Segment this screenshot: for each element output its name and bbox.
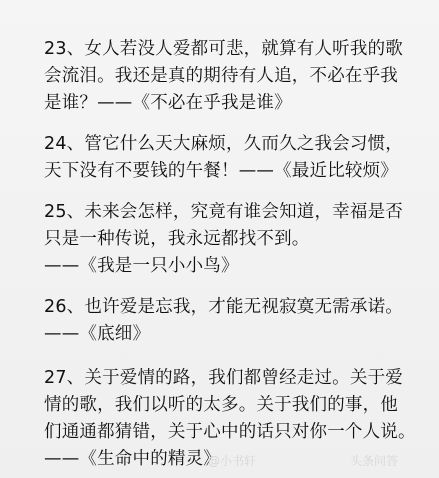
text-line: 26、也许爱是忘我，才能无视寂寞无需承诺。 [44, 294, 404, 321]
document-page: 23、女人若没人爱都可悲，就算有人听我的歌 会流泪。我还是真的期待有人追，不必在… [0, 0, 439, 478]
weibo-watermark: @小书轩 [208, 452, 256, 469]
text-line: 会流泪。我还是真的期待有人追，不必在乎我 [44, 63, 404, 90]
text-line: 们通通都猜错，关于心中的话只对你一个人说。 [44, 419, 404, 446]
text-line: 天下没有不要钱的午餐！——《最近比较烦》 [44, 158, 404, 185]
text-line: 25、未来会怎样，究竟有谁会知道，幸福是否 [44, 199, 404, 226]
text-line: ——《底细》 [44, 321, 404, 348]
platform-watermark: 头条问答 [350, 452, 398, 469]
quote-entry-25: 25、未来会怎样，究竟有谁会知道，幸福是否 只是一种传说，我永远都找不到。 ——… [44, 199, 404, 280]
quote-entry-24: 24、管它什么天大麻烦，久而久之我会习惯， 天下没有不要钱的午餐！——《最近比较… [44, 131, 404, 185]
text-line: ——《我是一只小小鸟》 [44, 253, 404, 280]
text-line: 23、女人若没人爱都可悲，就算有人听我的歌 [44, 36, 404, 63]
text-line: 是谁？——《不必在乎我是谁》 [44, 90, 404, 117]
text-line: 24、管它什么天大麻烦，久而久之我会习惯， [44, 131, 404, 158]
quote-entry-23: 23、女人若没人爱都可悲，就算有人听我的歌 会流泪。我还是真的期待有人追，不必在… [44, 36, 404, 117]
text-line: 情的歌，我们以听的太多。关于我们的事，他 [44, 392, 404, 419]
text-line: 只是一种传说，我永远都找不到。 [44, 226, 404, 253]
quote-entry-26: 26、也许爱是忘我，才能无视寂寞无需承诺。 ——《底细》 [44, 294, 404, 348]
text-line: 27、关于爱情的路，我们都曾经走过。关于爱 [44, 365, 404, 392]
